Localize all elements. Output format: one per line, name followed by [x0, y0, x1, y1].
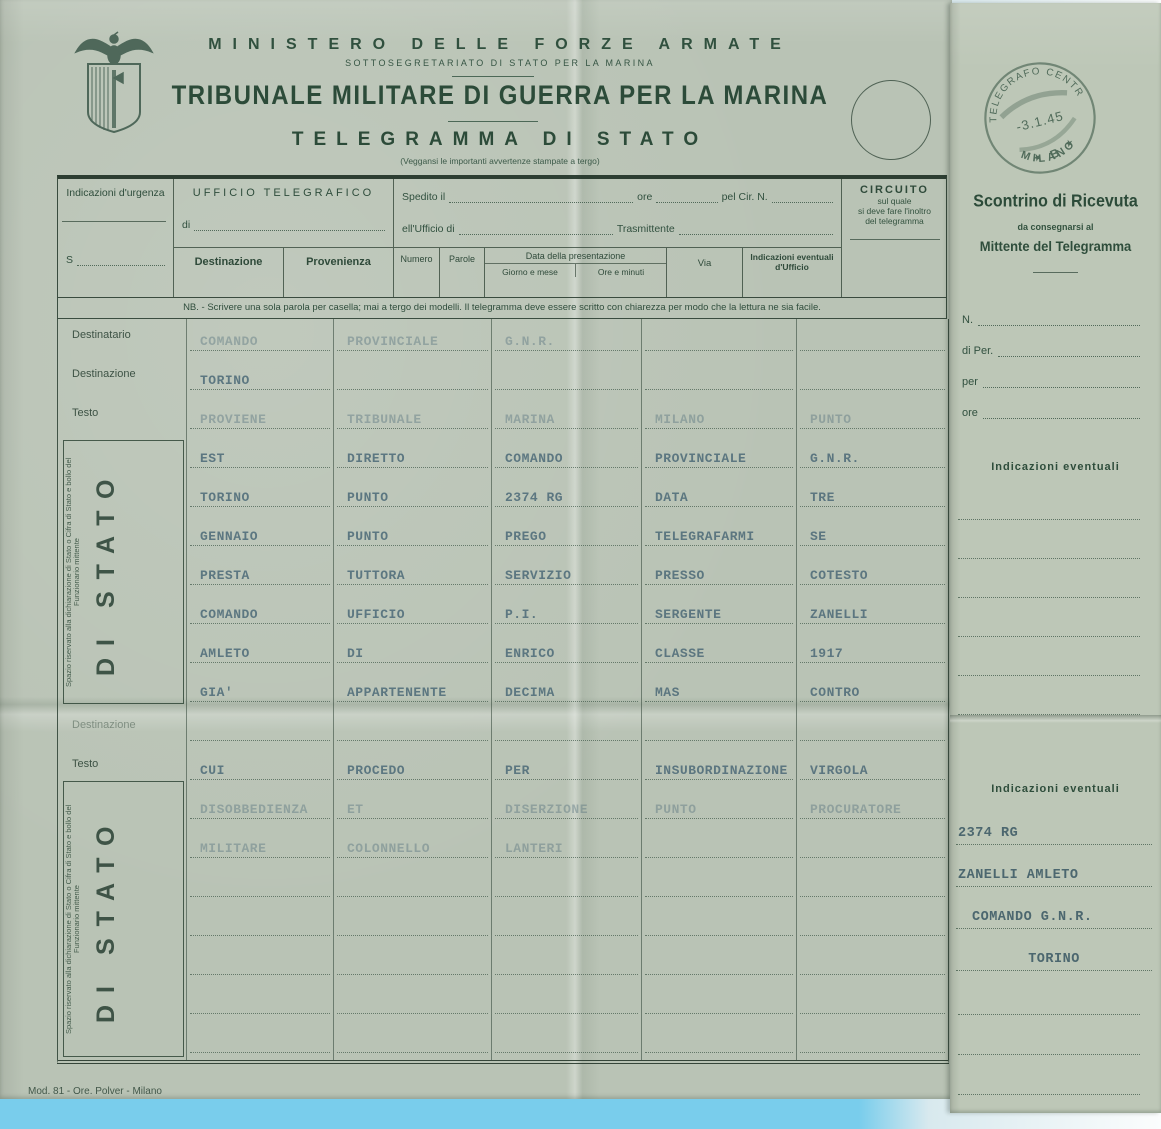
word-cell: PER	[491, 748, 641, 787]
word-cell	[333, 709, 491, 748]
word-cell	[491, 1021, 641, 1060]
word-cell: CONTRO	[796, 670, 948, 709]
word-cell	[796, 982, 948, 1021]
form-model-footer: Mod. 81 - Ore. Polver - Milano	[28, 1086, 162, 1097]
word-cell: COLONNELLO	[333, 826, 491, 865]
dotted-line	[77, 262, 165, 266]
word-cell	[186, 943, 333, 982]
word-cell: COMANDO	[186, 319, 333, 358]
typed-word: UFFICIO	[347, 607, 405, 622]
circuit-subtitle: si deve fare l'inoltro	[842, 206, 947, 216]
word-cell: TORINO	[186, 475, 333, 514]
typed-word: VIRGOLA	[810, 763, 868, 778]
di-field: di	[174, 219, 393, 231]
telegram-row: GENNAIOPUNTOPREGOTELEGRAFARMISE	[58, 514, 948, 553]
word-cell	[333, 982, 491, 1021]
blank-dotted-line	[958, 559, 1140, 598]
receipt-fields: N.di Per.perore	[962, 295, 1140, 419]
word-cell	[186, 709, 333, 748]
tribunal-heading: TRIBUNALE MILITARE DI GUERRA PER LA MARI…	[110, 80, 890, 111]
word-cell	[491, 865, 641, 904]
word-cell	[796, 826, 948, 865]
typed-word: LANTERI	[505, 841, 563, 856]
typed-word: GIA'	[200, 685, 233, 700]
typed-word: 2374 RG	[958, 826, 1018, 841]
receipt-blank-lines	[958, 481, 1140, 715]
telegram-section-1: DestinatarioCOMANDOPROVINCIALEG.N.R.Dest…	[58, 319, 948, 709]
telegram-row: PRESTATUTTORASERVIZIOPRESSOCOTESTO	[58, 553, 948, 592]
transmitter-label: Trasmittente	[617, 223, 675, 235]
presentation-subcolumns: Giorno e mese Ore e minuti	[485, 264, 666, 277]
circuit-n-label: pel Cir. N.	[722, 191, 768, 203]
divider	[1033, 272, 1078, 273]
typed-word: COMANDO	[200, 334, 258, 349]
receipt-blank-lines	[958, 975, 1140, 1095]
telegram-row: GIA'APPARTENENTEDECIMAMASCONTRO	[58, 670, 948, 709]
word-cell: TRIBUNALE	[333, 397, 491, 436]
word-cell: LANTERI	[491, 826, 641, 865]
blank-dotted-line	[958, 1015, 1140, 1055]
divider	[850, 239, 940, 240]
sent-line: Spedito il ore pel Cir. N.	[394, 191, 841, 203]
postmark-date: -3.1.45	[1015, 108, 1066, 134]
typed-word: MARINA	[505, 412, 555, 427]
word-cell	[796, 358, 948, 397]
typed-word: COTESTO	[810, 568, 868, 583]
urgency-label: Indicazioni d'urgenza	[58, 179, 173, 199]
word-cell	[641, 358, 796, 397]
word-cell: DISERZIONE	[491, 787, 641, 826]
typed-word: PROVINCIALE	[655, 451, 746, 466]
word-cell: PREGO	[491, 514, 641, 553]
telegram-row	[58, 943, 948, 982]
word-cell	[186, 904, 333, 943]
typed-word: CUI	[200, 763, 225, 778]
blank-dotted-line	[958, 637, 1140, 676]
word-cell: COTESTO	[796, 553, 948, 592]
reserved-note: Spazio riservato alla dichiarazione di S…	[65, 443, 82, 701]
word-cell: VIRGOLA	[796, 748, 948, 787]
presentation-column-header: Data della presentazione	[485, 248, 666, 264]
word-cell: GENNAIO	[186, 514, 333, 553]
nb-note: NB. - Scrivere una sola parola per casel…	[57, 298, 947, 319]
typed-word: ENRICO	[505, 646, 555, 661]
telegram-row	[58, 982, 948, 1021]
word-cell: P.I.	[491, 592, 641, 631]
typed-word: DECIMA	[505, 685, 555, 700]
word-cell: INSUBORDINAZIONE	[641, 748, 796, 787]
dotted-line	[983, 384, 1140, 388]
telegram-row: DestinatarioCOMANDOPROVINCIALEG.N.R.	[58, 319, 948, 358]
word-cell: COMANDO	[491, 436, 641, 475]
word-cell	[333, 358, 491, 397]
word-cell: PUNTO	[333, 475, 491, 514]
word-cell: PUNTO	[796, 397, 948, 436]
word-cell	[491, 358, 641, 397]
word-cell	[491, 709, 641, 748]
document-subtitle: (Veggansi le importanti avvertenze stamp…	[220, 156, 780, 166]
typed-word: PUNTO	[810, 412, 852, 427]
row-label: Testo	[58, 397, 186, 436]
state-strip-2: Spazio riservato alla dichiarazione di S…	[63, 781, 184, 1057]
row-label: Destinazione	[58, 358, 186, 397]
document-title: TELEGRAMMA DI STATO	[220, 129, 780, 151]
word-cell: PUNTO	[333, 514, 491, 553]
typed-word: COLONNELLO	[347, 841, 430, 856]
dotted-line	[983, 415, 1140, 419]
typed-word: SERVIZIO	[505, 568, 571, 583]
typed-word: PRESTA	[200, 568, 250, 583]
di-stato-label: DI STATO	[92, 441, 134, 703]
receipt-stub: TELEGRAFO CENTRO MILANO -3.1.45 ★ B ★ Sc…	[950, 3, 1161, 1113]
receipt-field: ore	[962, 388, 1140, 419]
dotted-line	[978, 322, 1140, 326]
sent-label: Spedito il	[402, 191, 445, 203]
typed-word: INSUBORDINAZIONE	[655, 763, 788, 778]
receipt-field: N.	[962, 295, 1140, 326]
typed-word: PER	[505, 763, 530, 778]
receipt-typed-values: 2374 RGZANELLI AMLETOCOMANDO G.N.R.TORIN…	[956, 803, 1152, 971]
word-cell: COMANDO	[186, 592, 333, 631]
telegram-row: TestoPROVIENETRIBUNALEMARINAMILANOPUNTO	[58, 397, 948, 436]
receipt-field-label: ore	[962, 407, 978, 419]
receipt-field: di Per.	[962, 326, 1140, 357]
destination-column-header: Destinazione	[174, 248, 283, 297]
dotted-line	[998, 353, 1140, 357]
word-cell: ZANELLI	[796, 592, 948, 631]
word-cell	[491, 904, 641, 943]
row-label: Destinazione	[58, 709, 186, 748]
typed-word: TORINO	[200, 490, 250, 505]
typed-word: COMANDO	[505, 451, 563, 466]
word-cell: SERVIZIO	[491, 553, 641, 592]
stamp-placeholder-circle	[851, 80, 931, 160]
word-cell: GIA'	[186, 670, 333, 709]
typed-word: PUNTO	[655, 802, 697, 817]
telegram-row	[58, 904, 948, 943]
word-cell: CLASSE	[641, 631, 796, 670]
word-cell	[641, 865, 796, 904]
word-cell: G.N.R.	[796, 436, 948, 475]
word-cell: APPARTENENTE	[333, 670, 491, 709]
receipt-typed-line: COMANDO G.N.R.	[956, 887, 1152, 929]
telegram-row: ESTDIRETTOCOMANDOPROVINCIALEG.N.R.	[58, 436, 948, 475]
postmark-stamp: TELEGRAFO CENTRO MILANO -3.1.45 ★ B ★	[964, 47, 1116, 189]
telegram-row: Destinazione	[58, 709, 948, 748]
word-cell: SERGENTE	[641, 592, 796, 631]
parole-column-header: Parole	[439, 248, 484, 297]
word-cell: DATA	[641, 475, 796, 514]
s-label: S	[66, 254, 73, 266]
typed-word: TUTTORA	[347, 568, 405, 583]
word-cell	[333, 1021, 491, 1060]
word-cell	[796, 904, 948, 943]
blank-dotted-line	[958, 598, 1140, 637]
ministry-heading: MINISTERO DELLE FORZE ARMATE	[120, 36, 880, 54]
telegram-row: TORINOPUNTO2374 RGDATATRE	[58, 475, 948, 514]
word-cell	[641, 904, 796, 943]
ore-label: ore	[637, 191, 652, 203]
receipt-typed-line: ZANELLI AMLETO	[956, 845, 1152, 887]
blank-dotted-line	[958, 676, 1140, 715]
di-stato-label: DI STATO	[92, 782, 134, 1056]
word-cell: MILITARE	[186, 826, 333, 865]
telegram-row	[58, 1021, 948, 1060]
typed-word: PROCEDO	[347, 763, 405, 778]
word-cell: MILANO	[641, 397, 796, 436]
typed-word: TORINO	[200, 373, 250, 388]
telegram-row: COMANDOUFFICIOP.I.SERGENTEZANELLI	[58, 592, 948, 631]
telegram-table: DestinatarioCOMANDOPROVINCIALEG.N.R.Dest…	[57, 319, 949, 1064]
word-cell	[641, 943, 796, 982]
receipt-notes-title: Indicazioni eventuali	[950, 461, 1161, 473]
typed-word: DISERZIONE	[505, 802, 588, 817]
urgency-cell: Indicazioni d'urgenza S	[58, 179, 173, 297]
typed-word: ZANELLI	[810, 607, 868, 622]
word-cell	[641, 319, 796, 358]
typed-word: DISOBBEDIENZA	[200, 802, 308, 817]
blank-dotted-line	[958, 1055, 1140, 1095]
typed-word: COMANDO G.N.R.	[972, 910, 1092, 925]
divider	[452, 76, 534, 77]
word-cell: PRESTA	[186, 553, 333, 592]
telegraph-office-label: UFFICIO TELEGRAFICO	[174, 179, 393, 199]
circuit-cell: CIRCUITO sul quale si deve fare l'inoltr…	[841, 179, 947, 297]
typed-word: APPARTENENTE	[347, 685, 447, 700]
typed-word: TRE	[810, 490, 835, 505]
typed-word: AMLETO	[200, 646, 250, 661]
typed-word: PREGO	[505, 529, 547, 544]
form-header: Indicazioni d'urgenza S UFFICIO TELEGRAF…	[57, 175, 947, 298]
telegraph-office-cell: UFFICIO TELEGRAFICO di Destinazione Prov…	[173, 179, 393, 297]
typed-word: EST	[200, 451, 225, 466]
word-cell	[333, 865, 491, 904]
typed-word: DATA	[655, 490, 688, 505]
typed-word: PROVIENE	[200, 412, 266, 427]
subsecretariat-heading: SOTTOSEGRETARIATO DI STATO PER LA MARINA	[120, 58, 880, 68]
word-cell: DI	[333, 631, 491, 670]
blank-dotted-line	[958, 975, 1140, 1015]
word-cell	[641, 1021, 796, 1060]
word-cell: G.N.R.	[491, 319, 641, 358]
dotted-line	[772, 199, 833, 203]
word-cell: PUNTO	[641, 787, 796, 826]
typed-word: 2374 RG	[505, 490, 563, 505]
word-cell	[186, 982, 333, 1021]
typed-word: 1917	[810, 646, 843, 661]
word-cell	[186, 1021, 333, 1060]
word-cell: ET	[333, 787, 491, 826]
word-cell: MAS	[641, 670, 796, 709]
word-cell: CUI	[186, 748, 333, 787]
divider	[62, 221, 166, 222]
time-column-header: Ore e minuti	[575, 264, 666, 277]
receipt-field-label: N.	[962, 314, 973, 326]
circuit-subtitle: sul quale	[842, 196, 947, 206]
fold-crease	[950, 715, 1161, 723]
circuit-title: CIRCUITO	[842, 179, 947, 196]
typed-word: TELEGRAFARMI	[655, 529, 755, 544]
dispatch-cell: Spedito il ore pel Cir. N. ell'Ufficio d…	[393, 179, 841, 297]
dotted-line	[459, 231, 613, 235]
word-cell: PROCEDO	[333, 748, 491, 787]
word-cell: 1917	[796, 631, 948, 670]
presentation-column: Data della presentazione Giorno e mese O…	[484, 248, 666, 297]
dotted-line	[679, 231, 833, 235]
word-cell	[796, 319, 948, 358]
typed-word: SE	[810, 529, 827, 544]
row-label: Destinatario	[58, 319, 186, 358]
word-cell: PRESSO	[641, 553, 796, 592]
typed-word: ET	[347, 802, 364, 817]
typed-word: CONTRO	[810, 685, 860, 700]
to-office-label: ell'Ufficio di	[402, 223, 455, 235]
word-cell: TRE	[796, 475, 948, 514]
telegram-row: DestinazioneTORINO	[58, 358, 948, 397]
word-cell: SE	[796, 514, 948, 553]
di-label: di	[182, 219, 190, 231]
word-cell: DISOBBEDIENZA	[186, 787, 333, 826]
word-cell	[796, 1021, 948, 1060]
word-cell: PROVINCIALE	[641, 436, 796, 475]
typed-word: P.I.	[505, 607, 538, 622]
circuit-subtitle: del telegramma	[842, 216, 947, 226]
word-cell: EST	[186, 436, 333, 475]
typed-word: PRESSO	[655, 568, 705, 583]
word-cell	[641, 709, 796, 748]
telegram-row	[58, 865, 948, 904]
word-cell	[491, 982, 641, 1021]
receipt-bottom-title: Indicazioni eventuali	[950, 783, 1161, 795]
telegram-row: AMLETODIENRICOCLASSE1917	[58, 631, 948, 670]
typed-word: PROVINCIALE	[347, 334, 438, 349]
telegram-row: TestoCUIPROCEDOPERINSUBORDINAZIONEVIRGOL…	[58, 748, 948, 787]
dispatch-columns: Numero Parole Data della presentazione G…	[394, 247, 841, 297]
receipt-field: per	[962, 357, 1140, 388]
numero-column-header: Numero	[394, 248, 439, 297]
receipt-title: Scontrino di Ricevuta	[950, 192, 1161, 212]
typed-word: ZANELLI AMLETO	[958, 868, 1078, 883]
typed-word: MAS	[655, 685, 680, 700]
day-column-header: Giorno e mese	[485, 264, 575, 277]
receipt-field-label: per	[962, 376, 978, 388]
telegram-row: MILITARECOLONNELLOLANTERI	[58, 826, 948, 865]
blank-dotted-line	[958, 520, 1140, 559]
typed-word: G.N.R.	[505, 334, 555, 349]
telegram-scan: MINISTERO DELLE FORZE ARMATE SOTTOSEGRET…	[0, 0, 1161, 1129]
receipt-subtitle-1: da consegnarsi al	[950, 222, 1161, 232]
blank-dotted-line	[958, 481, 1140, 520]
word-cell	[641, 826, 796, 865]
typed-word: PROCURATORE	[810, 802, 901, 817]
word-cell: MARINA	[491, 397, 641, 436]
word-cell: PROVIENE	[186, 397, 333, 436]
dotted-line	[449, 199, 633, 203]
dotted-line	[656, 199, 717, 203]
word-cell	[641, 982, 796, 1021]
receipt-typed-line: 2374 RG	[956, 803, 1152, 845]
word-cell: AMLETO	[186, 631, 333, 670]
word-cell: PROVINCIALE	[333, 319, 491, 358]
word-cell	[796, 943, 948, 982]
typed-word: MILANO	[655, 412, 705, 427]
typed-word: TORINO	[1028, 952, 1080, 967]
receipt-typed-line: TORINO	[956, 929, 1152, 971]
word-cell: 2374 RG	[491, 475, 641, 514]
typed-word: G.N.R.	[810, 451, 860, 466]
word-cell	[796, 709, 948, 748]
typed-word: COMANDO	[200, 607, 258, 622]
dotted-line	[194, 227, 385, 231]
word-cell: DECIMA	[491, 670, 641, 709]
origin-column-header: Provenienza	[283, 248, 393, 297]
office-columns: Destinazione Provenienza	[174, 247, 393, 297]
telegram-form-page: MINISTERO DELLE FORZE ARMATE SOTTOSEGRET…	[0, 0, 952, 1099]
typed-word: DIRETTO	[347, 451, 405, 466]
word-cell: TUTTORA	[333, 553, 491, 592]
word-cell	[333, 943, 491, 982]
typed-word: SERGENTE	[655, 607, 721, 622]
word-cell: UFFICIO	[333, 592, 491, 631]
reserved-note: Spazio riservato alla dichiarazione di S…	[65, 784, 82, 1054]
office-notes-column-header: Indicazioni eventuali d'Ufficio	[742, 248, 841, 297]
typed-word: CLASSE	[655, 646, 705, 661]
typed-word: GENNAIO	[200, 529, 258, 544]
word-cell	[186, 865, 333, 904]
state-strip-1: Spazio riservato alla dichiarazione di S…	[63, 440, 184, 704]
typed-word: TRIBUNALE	[347, 412, 422, 427]
via-column-header: Via	[666, 248, 742, 297]
typed-word: PUNTO	[347, 529, 389, 544]
typed-word: PUNTO	[347, 490, 389, 505]
word-cell: TELEGRAFARMI	[641, 514, 796, 553]
office-line: ell'Ufficio di Trasmittente	[394, 223, 841, 235]
s-field: S	[58, 254, 173, 266]
word-cell	[333, 904, 491, 943]
word-cell: ENRICO	[491, 631, 641, 670]
word-cell: PROCURATORE	[796, 787, 948, 826]
telegram-row: DISOBBEDIENZAETDISERZIONEPUNTOPROCURATOR…	[58, 787, 948, 826]
divider	[448, 121, 538, 122]
word-cell	[491, 943, 641, 982]
receipt-field-label: di Per.	[962, 345, 993, 357]
typed-word: MILITARE	[200, 841, 266, 856]
telegram-section-2: DestinazioneTestoCUIPROCEDOPERINSUBORDIN…	[58, 709, 948, 1060]
typed-word: DI	[347, 646, 364, 661]
word-cell: TORINO	[186, 358, 333, 397]
word-cell: DIRETTO	[333, 436, 491, 475]
word-cell	[796, 865, 948, 904]
receipt-subtitle-2: Mittente del Telegramma	[950, 239, 1161, 255]
